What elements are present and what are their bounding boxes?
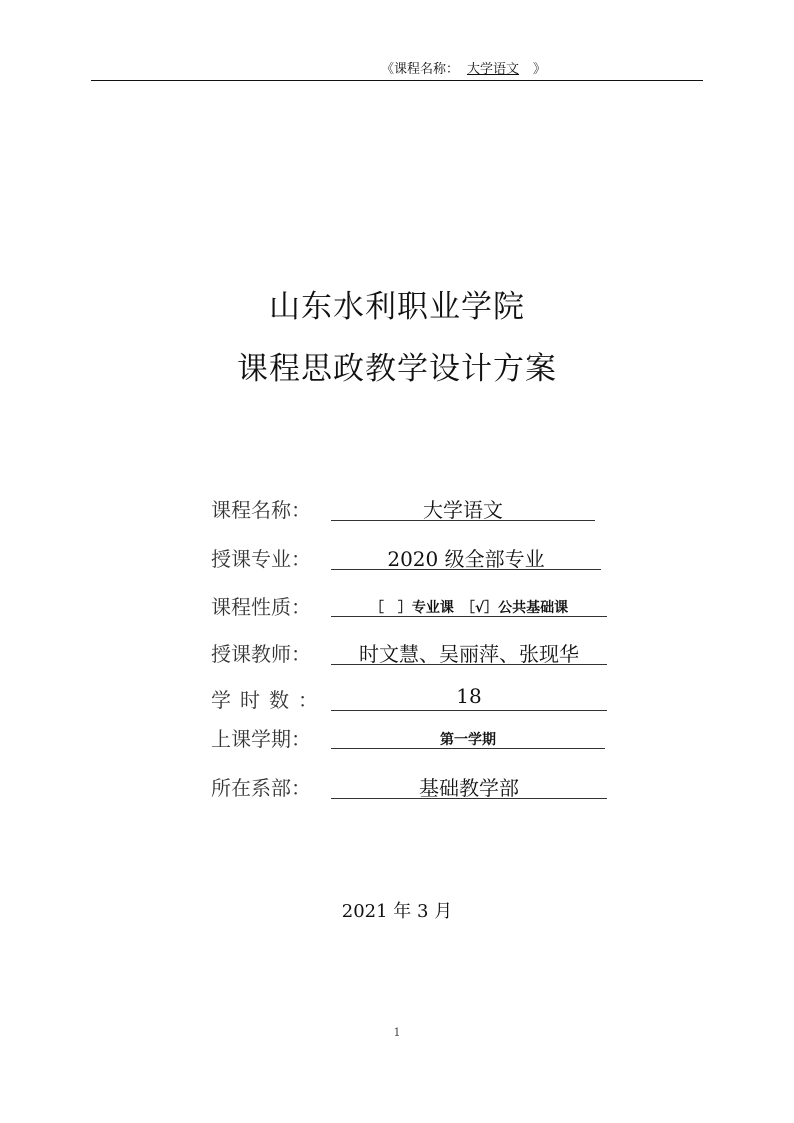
field-label: 课程名称： [211, 494, 311, 523]
field-label: 授课教师： [211, 638, 311, 667]
field-value: ［ ］专业课 ［√］公共基础课 [331, 591, 607, 617]
field-value: 时文慧、吴丽萍、张现华 [331, 638, 607, 665]
page-number: 1 [0, 1026, 794, 1039]
header-prefix: 《课程名称： [381, 62, 459, 77]
header-course-name: 大学语文 [459, 58, 533, 77]
field-value: 18 [331, 684, 607, 711]
header-suffix: 》 [533, 62, 546, 77]
running-header: 《课程名称：大学语文》 [91, 58, 703, 81]
field-label: 课程性质： [211, 591, 311, 620]
document-page: 《课程名称：大学语文》 山东水利职业学院 课程思政教学设计方案 课程名称： 大学… [0, 0, 794, 1123]
institution-title: 山东水利职业学院 [0, 281, 794, 326]
header-text: 《课程名称：大学语文》 [381, 58, 546, 77]
field-value: 2020 级全部专业 [331, 543, 601, 570]
field-label: 学时数： [211, 684, 327, 713]
field-label: 上课学期： [211, 723, 311, 752]
document-title: 课程思政教学设计方案 [0, 343, 794, 388]
field-value: 第一学期 [331, 723, 605, 749]
field-label: 所在系部： [211, 772, 311, 801]
field-label: 授课专业： [211, 543, 311, 572]
field-value: 基础教学部 [331, 772, 607, 799]
field-value: 大学语文 [331, 494, 595, 521]
document-date: 2021 年 3 月 [0, 897, 794, 923]
